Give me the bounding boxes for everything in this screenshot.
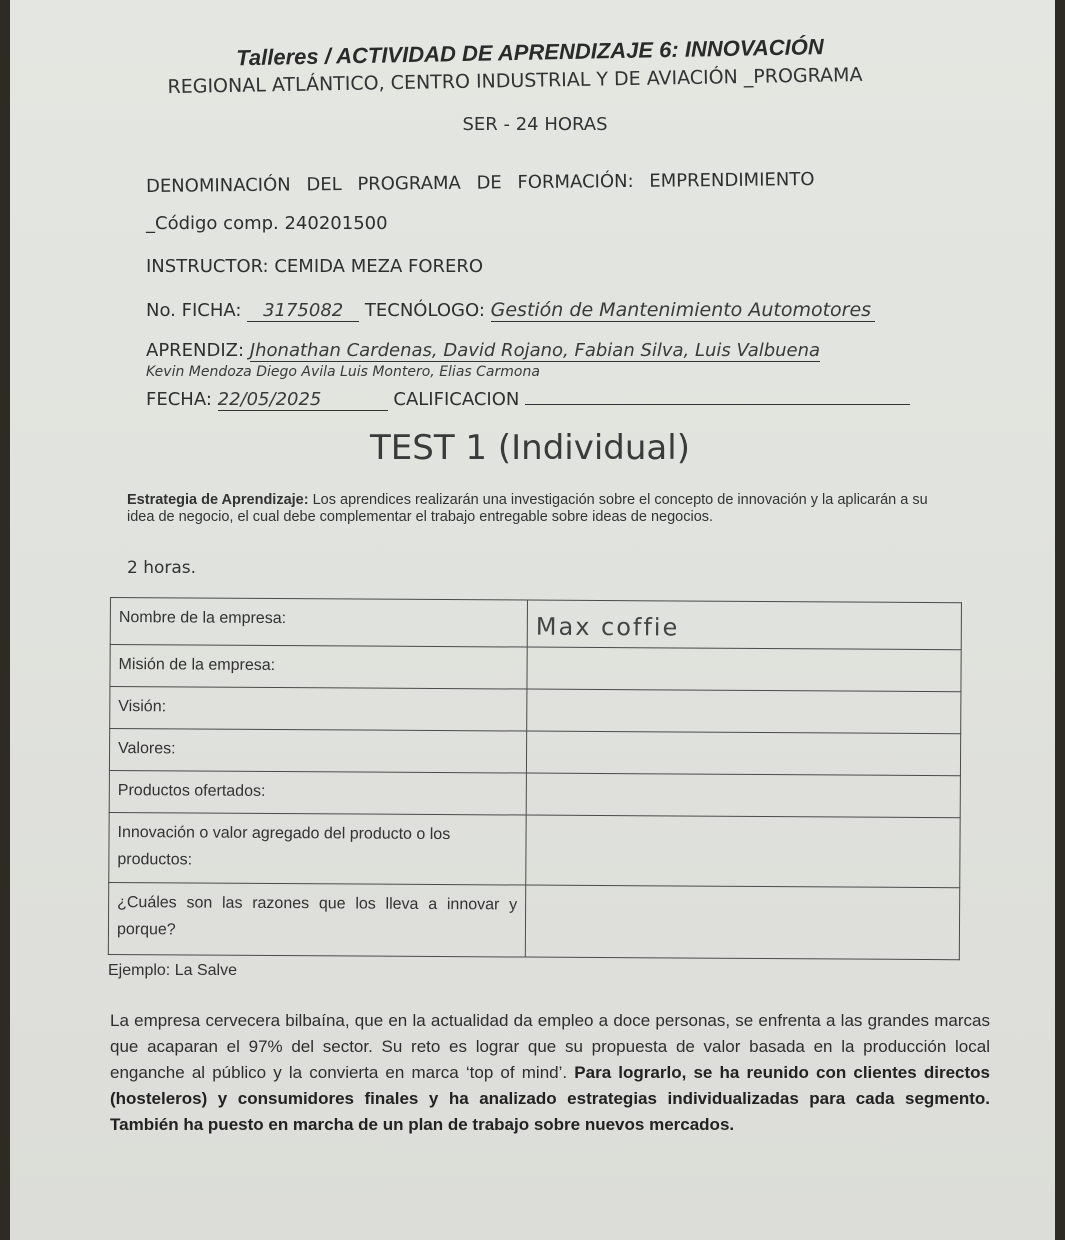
ficha-field[interactable]: 3175082 [247, 300, 359, 322]
test-title: TEST 1 (Individual) [10, 428, 1050, 468]
form-row-label: Innovación o valor agregado del producto… [109, 812, 526, 885]
form-row: Nombre de la empresa:Max coffie [110, 598, 961, 650]
aprendiz-field-line2[interactable]: Kevin Mendoza Diego Avila Luis Montero, … [146, 364, 540, 380]
form-row: Productos ofertados: [109, 770, 960, 817]
form-row-answer-field[interactable] [527, 647, 961, 692]
program-label: DENOMINACIÓN DEL PROGRAMA DE FORMACIÓN: [146, 171, 634, 197]
duration: 2 horas. [127, 558, 196, 578]
program-line: DENOMINACIÓN DEL PROGRAMA DE FORMACIÓN: … [146, 168, 916, 197]
instructor-label: INSTRUCTOR: [146, 256, 269, 277]
strategy-paragraph: Estrategia de Aprendizaje: Los aprendice… [127, 492, 937, 526]
calificacion-field[interactable] [525, 386, 910, 405]
form-row-answer-field[interactable] [526, 773, 960, 818]
form-row-label: Misión de la empresa: [110, 645, 527, 690]
fecha-line: FECHA: 22/05/2025 CALIFICACION [146, 386, 910, 411]
strategy-label: Estrategia de Aprendizaje: [127, 492, 309, 508]
form-row-label: Nombre de la empresa: [110, 598, 527, 648]
fecha-label: FECHA: [146, 389, 212, 410]
instructor-value: CEMIDA MEZA FORERO [274, 256, 483, 277]
example-paragraph: La empresa cervecera bilbaína, que en la… [110, 1008, 990, 1138]
form-row-label: Valores: [109, 729, 526, 774]
form-row-answer-field[interactable] [525, 885, 959, 960]
form-row: Innovación o valor agregado del producto… [109, 812, 960, 887]
form-row: ¿Cuáles son las razones que los lleva a … [108, 882, 959, 959]
aprendiz-label: APRENDIZ: [146, 340, 244, 361]
form-row-label: Visión: [110, 687, 527, 732]
header-hours: SER - 24 HORAS [10, 114, 1060, 135]
form-row-answer-field[interactable] [527, 689, 961, 734]
aprendiz-field-line1[interactable]: Jhonathan Cardenas, David Rojano, Fabian… [250, 340, 820, 362]
ficha-line: No. FICHA: 3175082 TECNÓLOGO: Gestión de… [146, 299, 875, 322]
ficha-label: No. FICHA: [146, 300, 241, 321]
company-form-table: Nombre de la empresa:Max coffieMisión de… [108, 597, 962, 960]
form-row-answer-field[interactable] [526, 815, 960, 888]
form-row-label: ¿Cuáles son las razones que los lleva a … [108, 882, 525, 957]
form-row: Visión: [110, 687, 961, 734]
form-row-answer-field[interactable]: Max coffie [527, 600, 961, 650]
fecha-field[interactable]: 22/05/2025 [218, 389, 388, 411]
form-row-label: Productos ofertados: [109, 770, 526, 815]
calificacion-label: CALIFICACION [393, 389, 519, 410]
worksheet-page: Talleres / ACTIVIDAD DE APRENDIZAJE 6: I… [10, 0, 1055, 1240]
aprendiz-line: APRENDIZ: Jhonathan Cardenas, David Roja… [146, 340, 820, 361]
form-row: Valores: [109, 729, 960, 776]
program-code: _Código comp. 240201500 [146, 213, 388, 234]
tecnologo-field[interactable]: Gestión de Mantenimiento Automotores [491, 299, 875, 322]
example-label: Ejemplo: La Salve [108, 962, 237, 980]
program-value: EMPRENDIMIENTO [649, 169, 814, 192]
form-row-answer-field[interactable] [526, 731, 960, 776]
form-row: Misión de la empresa: [110, 645, 961, 692]
instructor-line: INSTRUCTOR: CEMIDA MEZA FORERO [146, 256, 483, 277]
tecnologo-label: TECNÓLOGO: [365, 300, 485, 321]
